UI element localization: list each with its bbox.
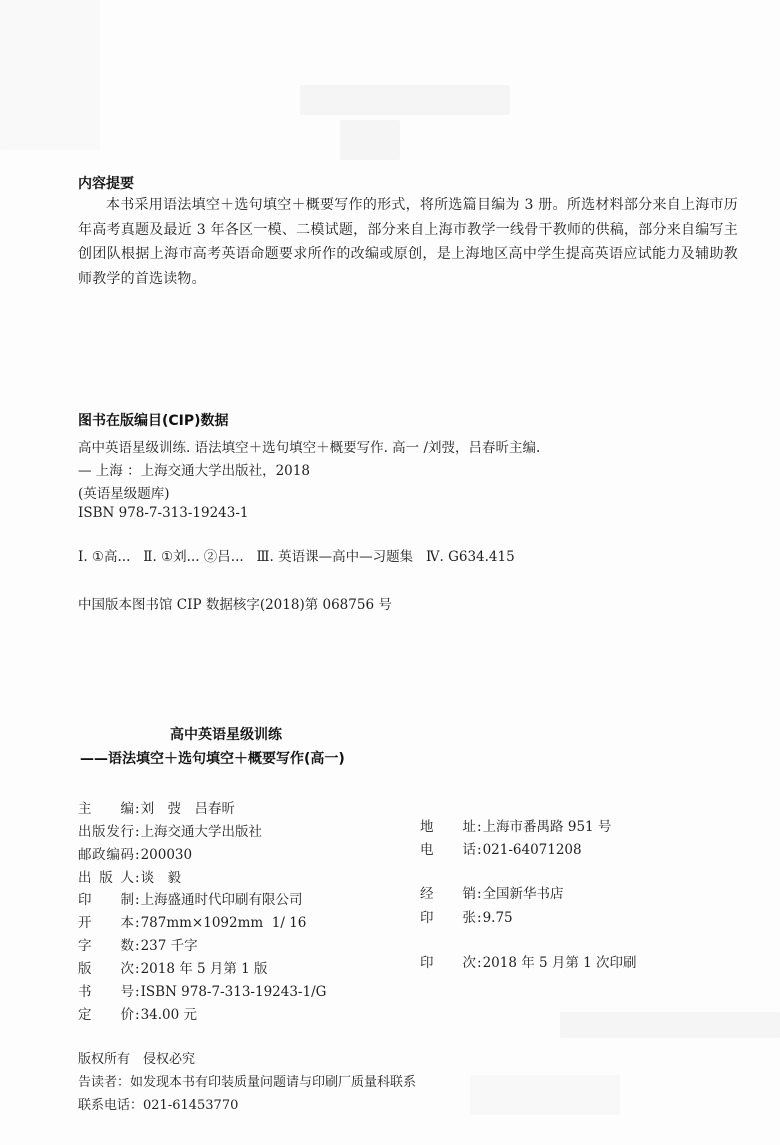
bleed-through-mark: [470, 1075, 620, 1115]
imprint-label-char: 行: [120, 820, 134, 840]
cip-line: (英语星级题库): [78, 482, 170, 502]
imprint-label-char: 地: [420, 815, 434, 835]
imprint-label: 开本: [78, 911, 134, 931]
imprint-label-char: 书: [78, 980, 92, 1000]
imprint-label: 主编: [78, 797, 134, 817]
imprint-row: 印次:2018 年 5 月第 1 次印刷: [420, 951, 637, 971]
imprint-label-char: 数: [121, 934, 135, 954]
imprint-colon: :: [135, 938, 140, 954]
imprint-label: 印张: [420, 906, 476, 926]
imprint-value: 021-64071208: [483, 842, 582, 858]
imprint-value: 787mm×1092mm 1/ 16: [141, 915, 307, 931]
imprint-row: 定价:34.00 元: [78, 1003, 197, 1023]
imprint-row: 电话:021-64071208: [420, 838, 582, 858]
imprint-label: 印制: [78, 888, 134, 908]
imprint-label-char: 版: [92, 820, 106, 840]
imprint-label: 经销: [420, 882, 476, 902]
imprint-label-char: 址: [463, 815, 477, 835]
cip-classification: Ⅰ. ①高... Ⅱ. ①刘... ②吕... Ⅲ. 英语课—高中—习题集 Ⅳ.…: [78, 545, 515, 565]
imprint-label-char: 经: [420, 882, 434, 902]
imprint-colon: :: [477, 886, 482, 902]
imprint-label-char: 定: [78, 1003, 92, 1023]
bleed-through-mark: [0, 0, 100, 150]
imprint-label: 印次: [420, 951, 476, 971]
imprint-colon: :: [135, 984, 140, 1000]
cip-record-number: 中国版本图书馆 CIP 数据核字(2018)第 068756 号: [78, 593, 392, 613]
imprint-row: 版次:2018 年 5 月第 1 版: [78, 957, 268, 977]
imprint-row: 经销:全国新华书店: [420, 882, 564, 902]
imprint-label: 字数: [78, 934, 134, 954]
imprint-colon: :: [135, 870, 140, 886]
imprint-value: ISBN 978-7-313-19243-1/G: [141, 984, 327, 1000]
bleed-through-mark: [560, 1012, 780, 1038]
imprint-label-char: 印: [78, 888, 92, 908]
imprint-label: 邮政编码: [78, 843, 134, 863]
imprint-row: 地址:上海市番禺路 951 号: [420, 815, 611, 835]
imprint-value: 2018 年 5 月第 1 版: [141, 957, 268, 977]
imprint-label-char: 出: [78, 820, 92, 840]
imprint-value: 上海交通大学出版社: [141, 820, 263, 840]
imprint-label-char: 印: [420, 906, 434, 926]
cip-line: — 上海 ：上海交通大学出版社，2018: [78, 459, 310, 479]
imprint-label-char: 主: [78, 797, 92, 817]
imprint-label-char: 码: [120, 843, 134, 863]
imprint-label-char: 次: [463, 951, 477, 971]
imprint-label-char: 字: [78, 934, 92, 954]
imprint-label: 出版人: [78, 866, 134, 886]
imprint-label-char: 出: [78, 866, 92, 886]
imprint-label-char: 版: [99, 866, 113, 886]
imprint-row: 主编:刘 弢 吕春昕: [78, 797, 235, 817]
imprint-label-char: 人: [121, 866, 135, 886]
cip-line: 高中英语星级训练. 语法填空＋选句填空＋概要写作. 高一 /刘弢，吕春昕主编.: [78, 436, 540, 456]
imprint-label-char: 电: [420, 838, 434, 858]
imprint-row: 出版发行:上海交通大学出版社: [78, 820, 262, 840]
imprint-value: 237 千字: [141, 934, 198, 954]
imprint-row: 开本:787mm×1092mm 1/ 16: [78, 911, 306, 931]
imprint-label: 书号: [78, 980, 134, 1000]
imprint-value: 上海盛通时代印刷有限公司: [141, 888, 303, 908]
book-title: 高中英语星级训练: [170, 724, 282, 744]
copyright-notice: 版权所有 侵权必究: [78, 1048, 195, 1067]
imprint-label-char: 话: [463, 838, 477, 858]
imprint-label: 版次: [78, 957, 134, 977]
summary-paragraph: 本书采用语法填空＋选句填空＋概要写作的形式，将所选篇目编为 3 册。所选材料部分…: [78, 193, 738, 292]
reader-notice: 告读者：如发现本书有印装质量问题请与印刷厂质量科联系: [78, 1071, 416, 1090]
imprint-colon: :: [135, 915, 140, 931]
contact-phone: 联系电话：021-61453770: [78, 1094, 238, 1113]
bleed-through-mark: [300, 85, 510, 115]
imprint-label-char: 编: [121, 797, 135, 817]
imprint-label-char: 印: [420, 951, 434, 971]
imprint-row: 书号:ISBN 978-7-313-19243-1/G: [78, 980, 326, 1000]
summary-heading: 内容提要: [78, 173, 134, 193]
imprint-label-char: 价: [121, 1003, 135, 1023]
imprint-label-char: 政: [92, 843, 106, 863]
imprint-row: 印张:9.75: [420, 906, 513, 926]
imprint-colon: :: [477, 955, 482, 971]
imprint-colon: :: [135, 1007, 140, 1023]
imprint-label: 出版发行: [78, 820, 134, 840]
imprint-colon: :: [477, 910, 482, 926]
cip-line: ISBN 978-7-313-19243-1: [78, 505, 249, 521]
imprint-colon: :: [135, 824, 140, 840]
imprint-row: 字数:237 千字: [78, 934, 198, 954]
imprint-value: 200030: [141, 847, 193, 863]
imprint-label-char: 次: [121, 957, 135, 977]
imprint-label-char: 开: [78, 911, 92, 931]
imprint-value: 刘 弢 吕春昕: [141, 797, 236, 817]
imprint-label-char: 本: [121, 911, 135, 931]
imprint-value: 全国新华书店: [483, 882, 564, 902]
imprint-label: 地址: [420, 815, 476, 835]
bleed-through-mark: [340, 120, 400, 160]
imprint-label-char: 张: [463, 906, 477, 926]
imprint-colon: :: [135, 892, 140, 908]
imprint-value: 9.75: [483, 910, 513, 926]
imprint-label-char: 号: [121, 980, 135, 1000]
imprint-label-char: 制: [121, 888, 135, 908]
imprint-label: 电话: [420, 838, 476, 858]
imprint-label-char: 发: [106, 820, 120, 840]
imprint-row: 邮政编码:200030: [78, 843, 192, 863]
imprint-label-char: 版: [78, 957, 92, 977]
copyright-page: 内容提要 本书采用语法填空＋选句填空＋概要写作的形式，将所选篇目编为 3 册。所…: [0, 0, 780, 1145]
imprint-value: 上海市番禺路 951 号: [483, 815, 612, 835]
imprint-colon: :: [135, 847, 140, 863]
cip-heading: 图书在版编目(CIP)数据: [78, 410, 229, 430]
imprint-row: 印制:上海盛通时代印刷有限公司: [78, 888, 303, 908]
imprint-label-char: 销: [463, 882, 477, 902]
imprint-label-char: 邮: [78, 843, 92, 863]
book-subtitle: ——语法填空＋选句填空＋概要写作(高一): [80, 748, 345, 768]
imprint-label-char: 编: [106, 843, 120, 863]
imprint-colon: :: [477, 842, 482, 858]
imprint-colon: :: [477, 819, 482, 835]
imprint-value: 谈 毅: [141, 866, 182, 886]
imprint-row: 出版人:谈 毅: [78, 866, 181, 886]
imprint-colon: :: [135, 801, 140, 817]
imprint-value: 34.00 元: [141, 1003, 197, 1023]
imprint-label: 定价: [78, 1003, 134, 1023]
imprint-value: 2018 年 5 月第 1 次印刷: [483, 951, 637, 971]
imprint-colon: :: [135, 961, 140, 977]
